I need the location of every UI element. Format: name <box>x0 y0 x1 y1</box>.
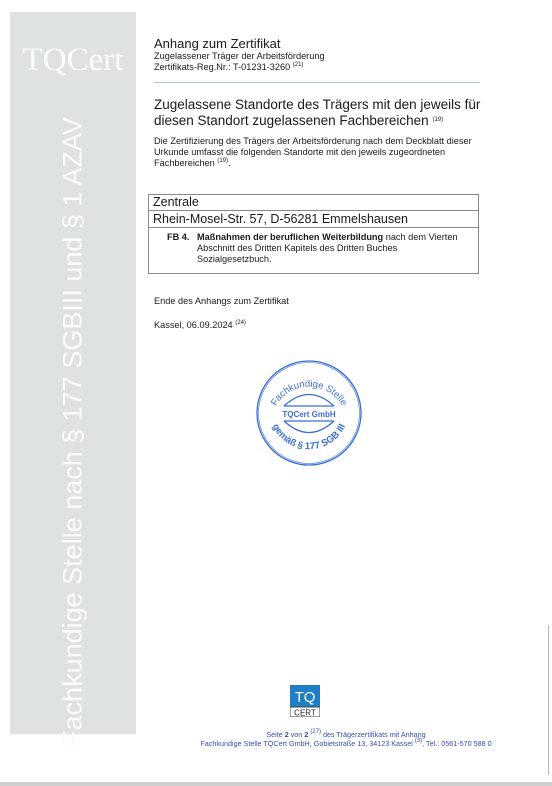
page-footer: Seite 2 von 2 (27) des Trägerzertifikats… <box>140 730 552 748</box>
sidebar-banner: TQCert Fachkundige Stelle nach § 177 SGB… <box>10 12 136 734</box>
tq-cert-logo: TQ CERT <box>290 685 320 717</box>
footnote-ref: (19) <box>217 158 228 164</box>
footnote-ref: (24) <box>235 320 246 326</box>
section-title: Zugelassene Standorte des Trägers mit de… <box>154 97 494 129</box>
document-title: Anhang zum Zertifikat <box>154 36 325 51</box>
intro-paragraph: Die Zertifizierung des Trägers der Arbei… <box>154 136 494 169</box>
fachbereich-row: FB 4. Maßnahmen der beruflichen Weiterbi… <box>149 228 478 265</box>
svg-text:TQ: TQ <box>295 689 316 706</box>
location-table: Zentrale Rhein-Mosel-Str. 57, D-56281 Em… <box>148 194 479 274</box>
svg-text:gemäß § 177 SGB III: gemäß § 177 SGB III <box>270 422 348 452</box>
footnote-ref: (19) <box>432 117 443 123</box>
official-stamp: Fachkundige Stelle TQCert GmbH gemäß § 1… <box>254 358 364 468</box>
end-of-annex-text: Ende des Anhangs zum Zertifikat <box>154 296 289 306</box>
registration-number: Zertifikats-Reg.Nr.: T-01231-3260 (21) <box>154 62 325 73</box>
document-subtitle: Zugelassener Träger der Arbeitsförderung <box>154 51 325 62</box>
footer-page-info: Seite 2 von 2 (27) des Trägerzertifikats… <box>140 730 552 739</box>
location-address: Rhein-Mosel-Str. 57, D-56281 Emmelshause… <box>149 211 478 228</box>
document-header: Anhang zum Zertifikat Zugelassener Träge… <box>154 36 325 73</box>
header-divider <box>154 82 480 83</box>
page-edge-right <box>548 625 549 775</box>
fachbereich-code: FB 4. <box>167 232 197 265</box>
fachbereich-description: Maßnahmen der beruflichen Weiterbildung … <box>197 232 467 265</box>
tqcert-logo-text: TQCert <box>10 42 136 79</box>
footnote-ref: (21) <box>293 62 304 68</box>
footer-address: Fachkundige Stelle TQCert GmbH, Gobietst… <box>140 739 552 748</box>
svg-text:Fachkundige Stelle: Fachkundige Stelle <box>269 379 349 408</box>
location-name: Zentrale <box>149 195 478 211</box>
svg-text:CERT: CERT <box>294 709 316 718</box>
sidebar-vertical-text: Fachkundige Stelle nach § 177 SGBIII und… <box>58 117 89 747</box>
stamp-center-text: TQCert GmbH <box>282 410 336 419</box>
page-edge-bottom <box>0 782 552 786</box>
place-date: Kassel, 06.09.2024 (24) <box>154 320 246 330</box>
